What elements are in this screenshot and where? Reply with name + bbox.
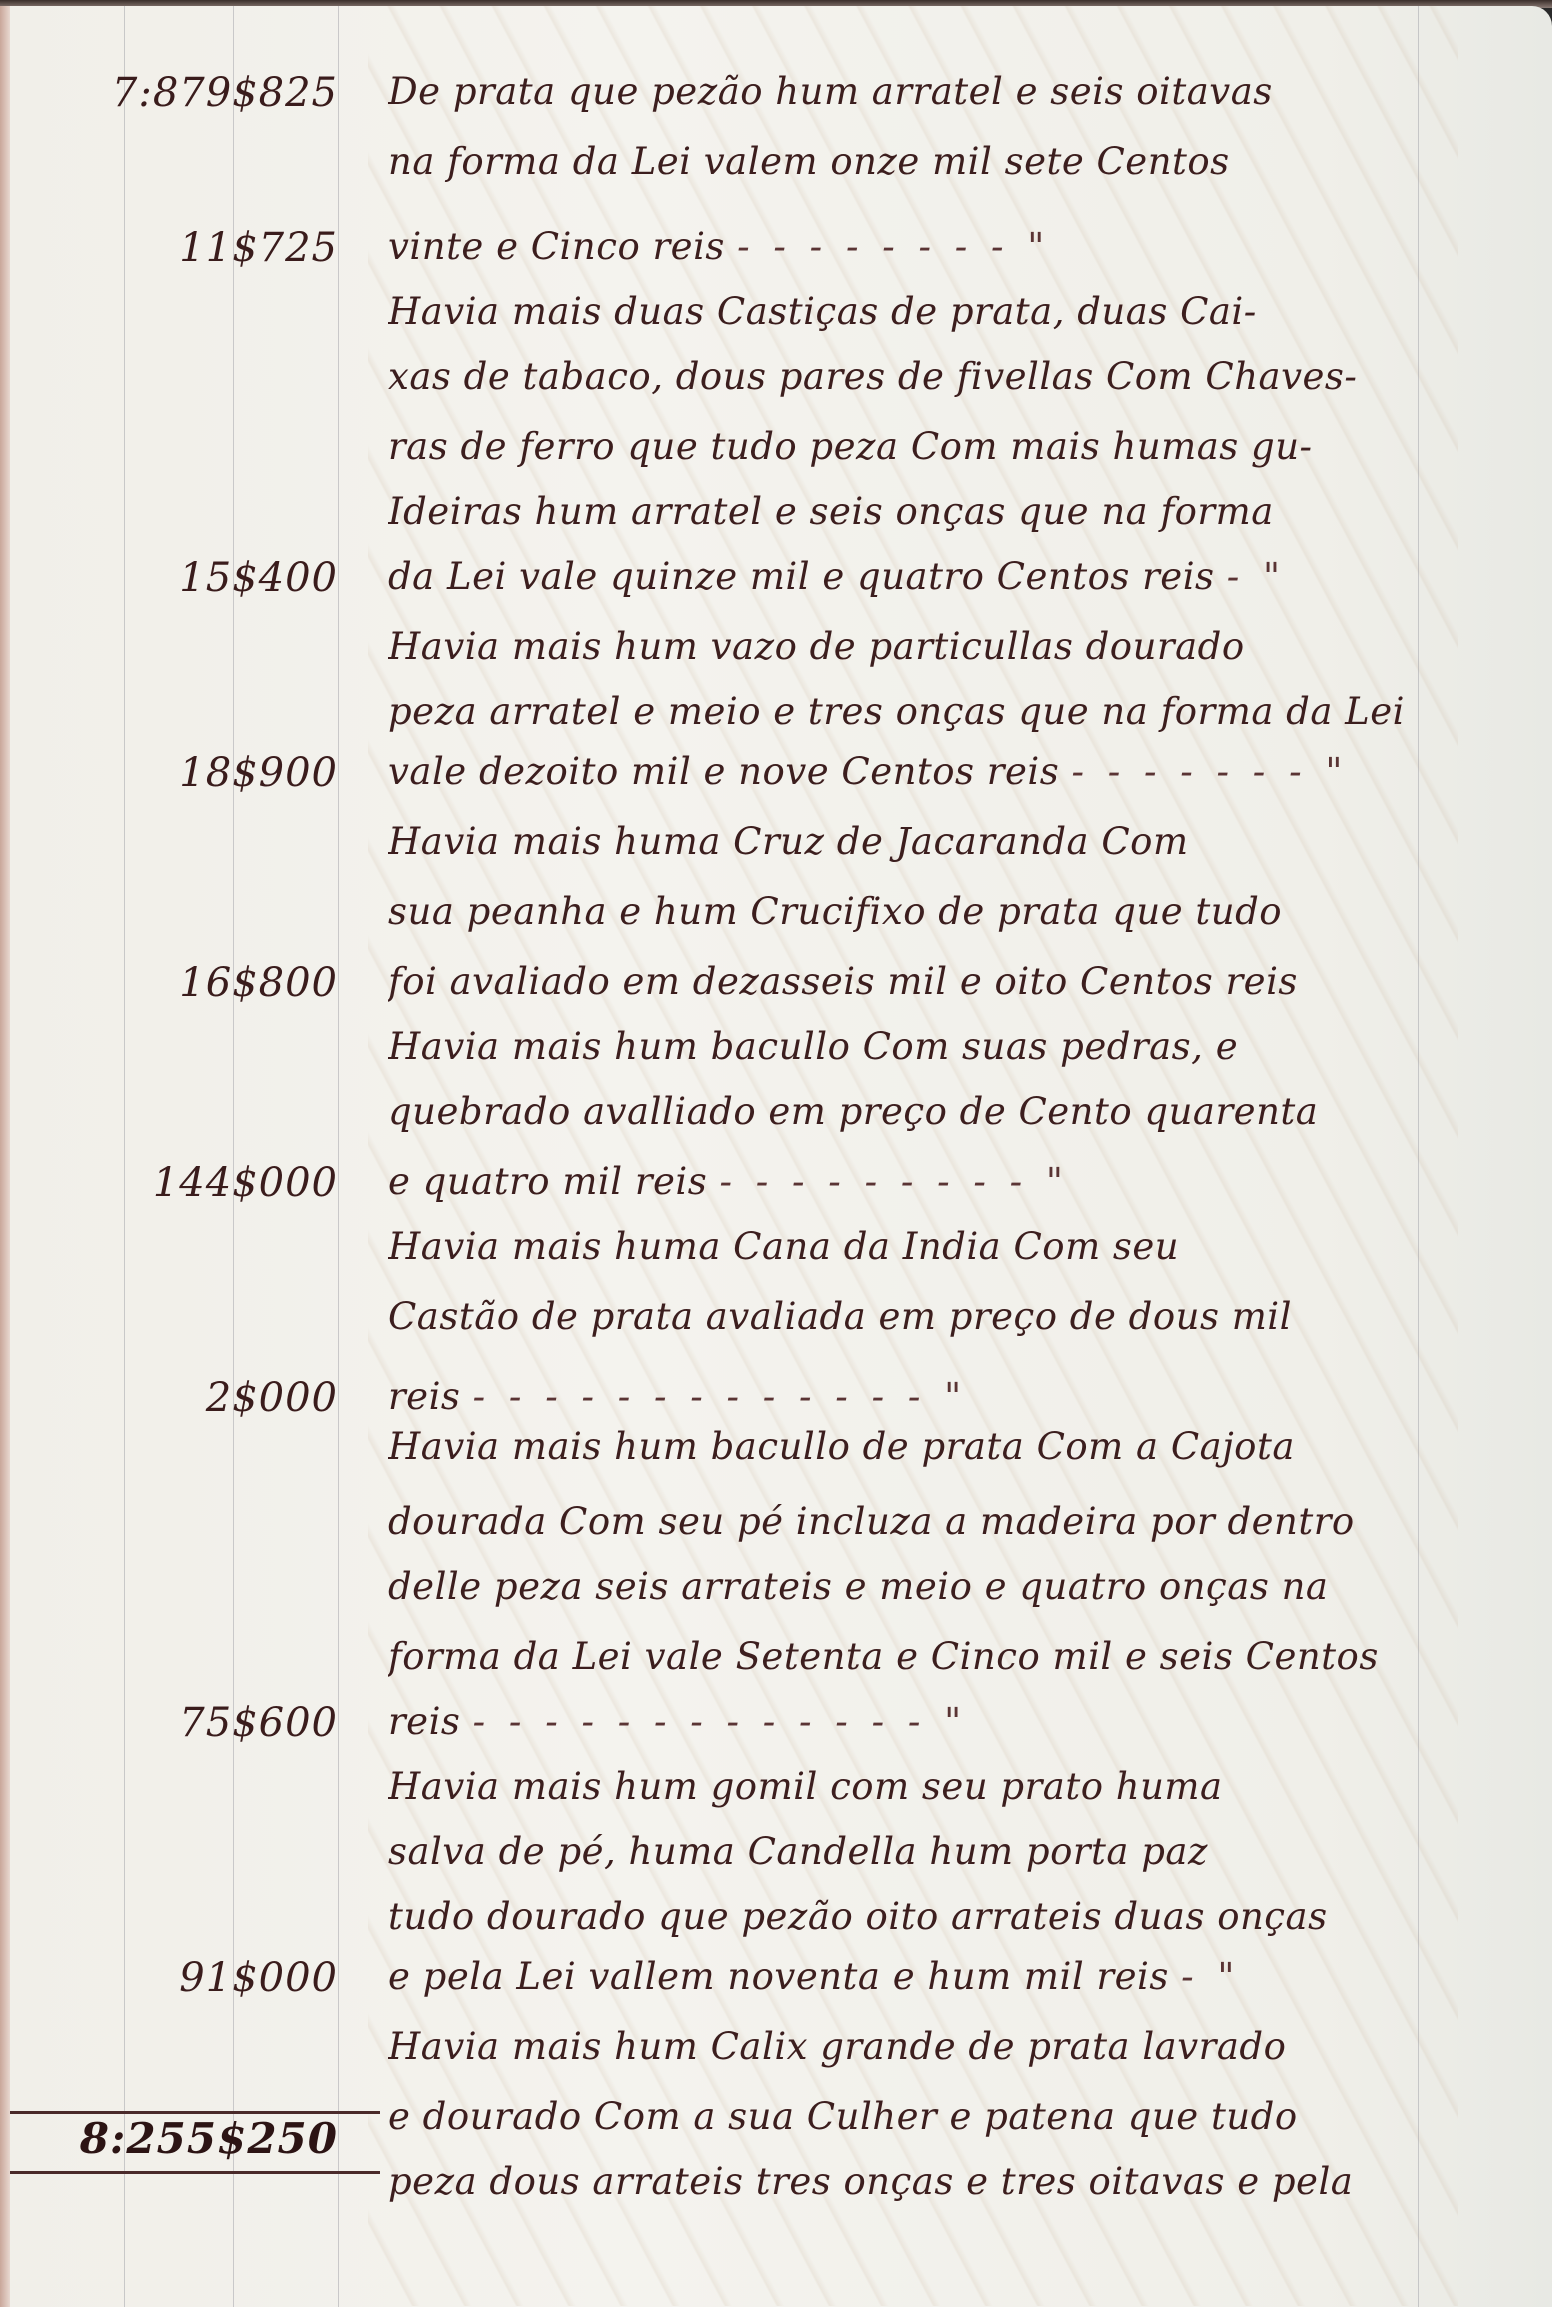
amount-entry: 144$000: [8, 1160, 338, 1206]
line-text: xas de tabaco, dous pares de fivellas Co…: [388, 355, 1357, 398]
line-text: Havia mais huma Cana da India Com seu: [388, 1225, 1179, 1268]
manuscript-line: Havia mais hum vazo de particullas doura…: [388, 625, 1448, 668]
manuscript-line: forma da Lei vale Setenta e Cinco mil e …: [388, 1635, 1448, 1678]
column-rule: [338, 6, 339, 2307]
line-text: e pela Lei vallem noventa e hum mil reis: [388, 1955, 1169, 1998]
manuscript-line: ras de ferro que tudo peza Com mais huma…: [388, 425, 1448, 468]
manuscript-line: foi avaliado em dezasseis mil e oito Cen…: [388, 960, 1448, 1003]
line-filler-dashes: - - - - - - - - - - - - - ": [473, 1375, 967, 1418]
line-filler-dashes: - - - - - - - ": [1071, 750, 1348, 793]
manuscript-line: Havia mais duas Castiças de prata, duas …: [388, 290, 1448, 333]
line-text: foi avaliado em dezasseis mil e oito Cen…: [388, 960, 1298, 1003]
line-filler-dashes: - - - - - - - - ": [737, 225, 1050, 268]
manuscript-line: Havia mais huma Cruz de Jacaranda Com: [388, 820, 1448, 863]
line-text: e dourado Com a sua Culher e patena que …: [388, 2095, 1298, 2138]
amount-entry: 18$900: [8, 750, 338, 796]
manuscript-line: salva de pé, huma Candella hum porta paz: [388, 1830, 1448, 1873]
manuscript-line: Ideiras hum arratel e seis onças que na …: [388, 490, 1448, 533]
line-filler-dashes: - - - - - - - - - - - - - ": [473, 1700, 967, 1743]
line-text: Havia mais duas Castiças de prata, duas …: [388, 290, 1257, 333]
manuscript-line: Havia mais hum Calix grande de prata lav…: [388, 2025, 1448, 2068]
line-text: salva de pé, huma Candella hum porta paz: [388, 1830, 1208, 1873]
line-filler-dashes: - ": [1181, 1955, 1240, 1998]
manuscript-line: tudo dourado que pezão oito arrateis dua…: [388, 1895, 1448, 1938]
manuscript-line: peza dous arrateis tres onças e tres oit…: [388, 2160, 1448, 2203]
manuscript-line: na forma da Lei valem onze mil sete Cent…: [388, 140, 1448, 183]
line-text: peza arratel e meio e tres onças que na …: [388, 690, 1405, 733]
manuscript-line: vale dezoito mil e nove Centos reis - - …: [388, 750, 1448, 793]
manuscript-line: e quatro mil reis - - - - - - - - - ": [388, 1160, 1448, 1203]
line-text: Castão de prata avaliada em preço de dou…: [388, 1295, 1292, 1338]
line-text: na forma da Lei valem onze mil sete Cent…: [388, 140, 1230, 183]
amount-entry: 75$600: [8, 1700, 338, 1746]
amount-entry: 7:879$825: [8, 70, 338, 116]
line-text: quebrado avalliado em preço de Cento qua…: [388, 1090, 1318, 1133]
total-amount: 8:255$250: [8, 2114, 338, 2163]
amount-entry: 2$000: [8, 1375, 338, 1421]
manuscript-line: Castão de prata avaliada em preço de dou…: [388, 1295, 1448, 1338]
manuscript-line: quebrado avalliado em preço de Cento qua…: [388, 1090, 1448, 1133]
line-filler-dashes: - ": [1227, 555, 1286, 598]
line-filler-dashes: - - - - - - - - - ": [720, 1160, 1069, 1203]
line-text: Ideiras hum arratel e seis onças que na …: [388, 490, 1274, 533]
manuscript-line: da Lei vale quinze mil e quatro Centos r…: [388, 555, 1448, 598]
manuscript-line: Havia mais hum bacullo Com suas pedras, …: [388, 1025, 1448, 1068]
manuscript-line: reis - - - - - - - - - - - - - ": [388, 1700, 1448, 1743]
line-text: forma da Lei vale Setenta e Cinco mil e …: [388, 1635, 1379, 1678]
line-text: reis: [388, 1700, 460, 1743]
line-text: Havia mais hum bacullo Com suas pedras, …: [388, 1025, 1238, 1068]
manuscript-line: peza arratel e meio e tres onças que na …: [388, 690, 1448, 733]
line-text: Havia mais hum vazo de particullas doura…: [388, 625, 1245, 668]
line-text: e quatro mil reis: [388, 1160, 707, 1203]
line-text: reis: [388, 1375, 460, 1418]
line-text: delle peza seis arrateis e meio e quatro…: [388, 1565, 1328, 1608]
line-text: vale dezoito mil e nove Centos reis: [388, 750, 1059, 793]
manuscript-line: De prata que pezão hum arratel e seis oi…: [388, 70, 1448, 113]
amount-entry: 15$400: [8, 555, 338, 601]
manuscript-line: delle peza seis arrateis e meio e quatro…: [388, 1565, 1448, 1608]
manuscript-line: xas de tabaco, dous pares de fivellas Co…: [388, 355, 1448, 398]
manuscript-line: e pela Lei vallem noventa e hum mil reis…: [388, 1955, 1448, 1998]
manuscript-line: e dourado Com a sua Culher e patena que …: [388, 2095, 1448, 2138]
line-text: Havia mais hum Calix grande de prata lav…: [388, 2025, 1286, 2068]
amount-entry: 11$725: [8, 225, 338, 271]
line-text: tudo dourado que pezão oito arrateis dua…: [388, 1895, 1328, 1938]
line-text: peza dous arrateis tres onças e tres oit…: [388, 2160, 1353, 2203]
amount-entry: 16$800: [8, 960, 338, 1006]
manuscript-line: dourada Com seu pé incluza a madeira por…: [388, 1500, 1448, 1543]
line-text: ras de ferro que tudo peza Com mais huma…: [388, 425, 1313, 468]
line-text: Havia mais huma Cruz de Jacaranda Com: [388, 820, 1189, 863]
manuscript-line: reis - - - - - - - - - - - - - ": [388, 1375, 1448, 1418]
line-text: Havia mais hum gomil com seu prato huma: [388, 1765, 1223, 1808]
manuscript-line: sua peanha e hum Crucifixo de prata que …: [388, 890, 1448, 933]
line-text: De prata que pezão hum arratel e seis oi…: [388, 70, 1273, 113]
line-text: vinte e Cinco reis: [388, 225, 725, 268]
page-left-edge: [0, 6, 10, 2307]
line-text: da Lei vale quinze mil e quatro Centos r…: [388, 555, 1215, 598]
manuscript-line: Havia mais hum bacullo de prata Com a Ca…: [388, 1425, 1448, 1468]
ledger-page: 7:879$82511$72515$40018$90016$800144$000…: [8, 6, 1552, 2307]
manuscript-line: Havia mais hum gomil com seu prato huma: [388, 1765, 1448, 1808]
line-text: Havia mais hum bacullo de prata Com a Ca…: [388, 1425, 1295, 1468]
line-text: sua peanha e hum Crucifixo de prata que …: [388, 890, 1282, 933]
total-rule-bottom: [8, 2171, 380, 2174]
amount-entry: 91$000: [8, 1955, 338, 2001]
manuscript-line: Havia mais huma Cana da India Com seu: [388, 1225, 1448, 1268]
manuscript-line: vinte e Cinco reis - - - - - - - - ": [388, 225, 1448, 268]
line-text: dourada Com seu pé incluza a madeira por…: [388, 1500, 1355, 1543]
